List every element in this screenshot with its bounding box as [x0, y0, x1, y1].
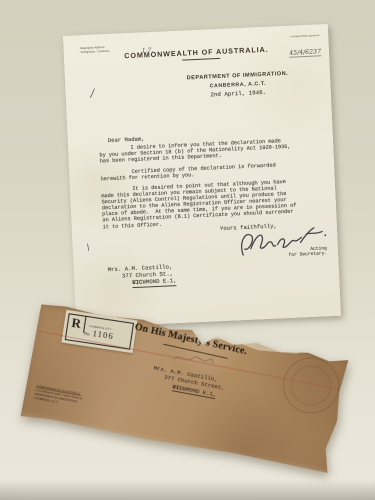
letterhead-rule [182, 57, 220, 60]
postmark [281, 355, 341, 415]
recipient-address: Mrs. A.M. Castillo, 377 Church St., RICH… [107, 263, 173, 280]
envelope-face: R CANBERRA CITY No. 1106 On His Majesty'… [21, 301, 349, 473]
reply-quote-label: In Reply Please Quote No. [290, 34, 320, 38]
letterhead-department-block: DEPARTMENT OF IMMIGRATION. CANBERRA, A.C… [165, 70, 311, 101]
postmark-inner-ring [290, 364, 333, 407]
photo-backdrop: Telegraphic Address: “Immigration,” Canb… [0, 0, 375, 500]
salutation: Dear Madam, [108, 135, 145, 144]
return-address: COMMONWEALTH OF AUSTRALIA. If not delive… [34, 385, 139, 420]
envelope-address: Mrs. A.M. Castillo, 377 Church Street, R… [152, 365, 227, 393]
registered-no-label: No. [84, 330, 91, 336]
pencil-mark-slash: / [90, 87, 94, 100]
recipient-state: VIC. [132, 279, 146, 287]
reference-block: In Reply Please Quote No. 45/4/6237 [249, 34, 321, 61]
letter-sheet: Telegraphic Address: “Immigration,” Canb… [63, 24, 341, 328]
pencil-mark-backslash: \ [86, 243, 89, 253]
envelope: R CANBERRA CITY No. 1106 On His Majesty'… [21, 301, 349, 473]
reference-number: 45/4/6237 [289, 48, 321, 57]
letter-paper: Telegraphic Address: “Immigration,” Canb… [63, 24, 341, 328]
registered-label-box: R CANBERRA CITY No. 1106 [65, 313, 134, 349]
